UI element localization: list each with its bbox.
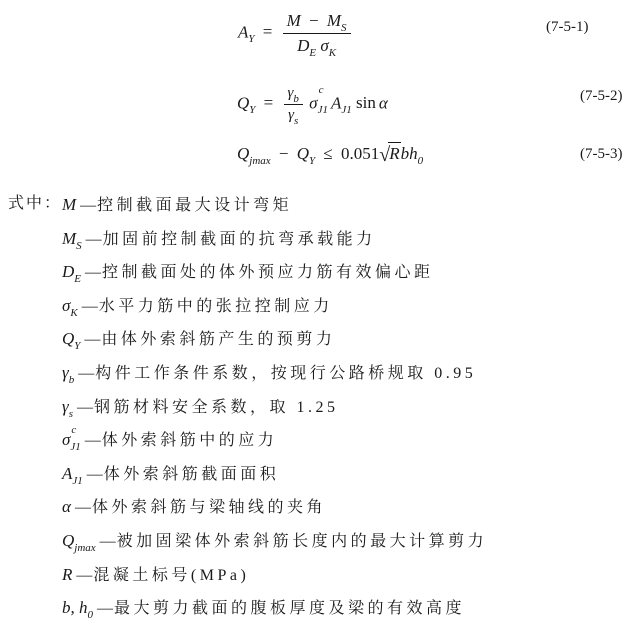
eq3-tail-subscript: 0 bbox=[418, 155, 424, 167]
eq3-coefficient: 0.051 bbox=[341, 144, 379, 163]
em-dash: — bbox=[74, 499, 92, 516]
equation-3-number: (7-5-3) bbox=[580, 146, 622, 163]
eq2-fraction: γb γs bbox=[284, 85, 303, 124]
definition-row-b-h0: b, h0—最大剪力截面的腹板厚度及梁的有效高度 bbox=[62, 591, 487, 625]
em-dash: — bbox=[77, 365, 95, 382]
symbol: σK bbox=[62, 296, 81, 315]
definition-text: 水平力筋中的张拉控制应力 bbox=[99, 298, 333, 315]
symbol: σcJ1 bbox=[62, 430, 84, 449]
eq2-sin-function: sin bbox=[356, 93, 379, 112]
equation-7-5-2: QY = γb γs σcJ1AJ1 sinα bbox=[237, 85, 388, 124]
definition-row-De: DE—控制截面处的体外预应力筋有效偏心距 bbox=[62, 255, 487, 289]
eq1-lhs-base: A bbox=[238, 22, 248, 41]
eq3-radicand: R bbox=[388, 142, 400, 163]
em-dash: — bbox=[85, 231, 103, 248]
definition-text: 体外索斜筋中的应力 bbox=[102, 432, 278, 449]
eq2-num-subscript: b bbox=[293, 93, 299, 105]
em-dash: — bbox=[99, 533, 117, 550]
eq1-equals-sign: = bbox=[259, 22, 277, 41]
eq1-minus-sign: − bbox=[305, 11, 323, 30]
em-dash: — bbox=[84, 264, 102, 281]
symbol-definitions-list: M—控制截面最大设计弯矩 MS—加固前控制截面的抗弯承载能力 DE—控制截面处的… bbox=[62, 188, 487, 625]
eq2-area: A bbox=[331, 93, 341, 112]
eq2-area-subscript: J1 bbox=[341, 104, 351, 116]
definition-row-Ms: MS—加固前控制截面的抗弯承载能力 bbox=[62, 222, 487, 256]
definition-text: 体外索斜筋截面面积 bbox=[104, 466, 280, 483]
eq1-den-term1-subscript: E bbox=[309, 47, 316, 59]
eq1-lhs-subscript: Y bbox=[248, 33, 254, 45]
definition-text: 最大剪力截面的腹板厚度及梁的有效高度 bbox=[114, 600, 465, 617]
definition-text: 控制截面处的体外预应力筋有效偏心距 bbox=[102, 264, 434, 281]
definition-row-Qjmax: Qjmax—被加固梁体外索斜筋长度内的最大计算剪力 bbox=[62, 524, 487, 558]
definition-text: 被加固梁体外索斜筋长度内的最大计算剪力 bbox=[117, 533, 488, 550]
eq1-fraction: M − MS DE σK bbox=[283, 11, 351, 56]
equation-2-number: (7-5-2) bbox=[580, 88, 622, 105]
symbol: M bbox=[62, 195, 79, 214]
symbol: γb bbox=[62, 363, 77, 382]
symbol: MS bbox=[62, 229, 85, 248]
eq1-denominator: DE σK bbox=[283, 34, 351, 56]
eq1-den-term2-subscript: K bbox=[329, 47, 336, 59]
equation-7-5-1: AY = M − MS DE σK bbox=[238, 11, 353, 56]
symbol: γs bbox=[62, 397, 76, 416]
eq3-minus-sign: − bbox=[275, 144, 293, 163]
eq2-sigma-subscript: J1 bbox=[318, 104, 328, 116]
symbol: DE bbox=[62, 262, 84, 281]
eq3-term2: Q bbox=[297, 144, 309, 163]
em-dash: — bbox=[83, 331, 101, 348]
definition-row-sigma-j1: σcJ1—体外索斜筋中的应力 bbox=[62, 423, 487, 457]
em-dash: — bbox=[86, 466, 104, 483]
symbol: b, h0 bbox=[62, 598, 96, 617]
definition-row-gamma-s: γs—钢筋材料安全系数，取 1.25 bbox=[62, 390, 487, 424]
eq2-denominator: γs bbox=[284, 105, 303, 124]
em-dash: — bbox=[79, 197, 97, 214]
definition-row-alpha: α—体外索斜筋与梁轴线的夹角 bbox=[62, 490, 487, 524]
definition-row-R: R—混凝土标号(MPa) bbox=[62, 558, 487, 592]
eq1-num-term2-subscript: S bbox=[341, 22, 347, 34]
eq1-den-term2: σ bbox=[320, 36, 328, 55]
document-page: AY = M − MS DE σK (7-5-1) QY = γb γs σcJ… bbox=[0, 0, 635, 625]
eq3-term1: Q bbox=[237, 144, 249, 163]
em-dash: — bbox=[75, 567, 93, 584]
eq1-num-term2: M bbox=[327, 11, 341, 30]
eq3-term1-subscript: jmax bbox=[249, 155, 270, 167]
eq2-equals-sign: = bbox=[260, 93, 278, 112]
definition-text: 控制截面最大设计弯矩 bbox=[97, 197, 292, 214]
where-label: 式中： bbox=[8, 190, 62, 213]
eq2-sigma: σ bbox=[309, 93, 317, 112]
definition-row-gamma-b: γb—构件工作条件系数，按现行公路桥规取 0.95 bbox=[62, 356, 487, 390]
eq2-sigma-superscript: c bbox=[319, 84, 324, 96]
eq2-sigma-scripts: cJ1 bbox=[318, 93, 328, 113]
equation-1-number: (7-5-1) bbox=[546, 19, 588, 36]
definition-row-Qy: QY—由体外索斜筋产生的预剪力 bbox=[62, 322, 487, 356]
definition-text: 加固前控制截面的抗弯承载能力 bbox=[103, 231, 376, 248]
eq2-alpha: α bbox=[379, 93, 388, 112]
em-dash: — bbox=[84, 432, 102, 449]
eq2-lhs-subscript: Y bbox=[249, 104, 255, 116]
eq2-lhs-base: Q bbox=[237, 93, 249, 112]
eq3-leq-sign: ≤ bbox=[319, 144, 336, 163]
em-dash: — bbox=[76, 399, 94, 416]
definition-row-sigma-k: σK—水平力筋中的张拉控制应力 bbox=[62, 289, 487, 323]
equation-7-5-3: Qjmax − QY ≤ 0.051√Rbh0 bbox=[237, 144, 423, 167]
em-dash: — bbox=[81, 298, 99, 315]
definition-text: 由体外索斜筋产生的预剪力 bbox=[101, 331, 335, 348]
definition-row-M: M—控制截面最大设计弯矩 bbox=[62, 188, 487, 222]
symbol: R bbox=[62, 565, 75, 584]
em-dash: — bbox=[96, 600, 114, 617]
symbol: AJ1 bbox=[62, 464, 86, 483]
eq3-term2-subscript: Y bbox=[309, 155, 315, 167]
definition-row-Aj1: AJ1—体外索斜筋截面面积 bbox=[62, 457, 487, 491]
symbol: α bbox=[62, 497, 74, 516]
eq1-numerator: M − MS bbox=[283, 11, 351, 34]
eq2-numerator: γb bbox=[284, 85, 303, 105]
symbol: QY bbox=[62, 329, 83, 348]
eq1-num-term1: M bbox=[287, 11, 301, 30]
eq1-den-term1: D bbox=[297, 36, 309, 55]
eq3-tail: bh bbox=[401, 144, 418, 163]
definition-text: 混凝土标号(MPa) bbox=[93, 567, 249, 584]
symbol: Qjmax bbox=[62, 531, 99, 550]
eq2-den-subscript: s bbox=[294, 115, 298, 127]
definition-text: 构件工作条件系数，按现行公路桥规取 0.95 bbox=[95, 365, 476, 382]
definition-text: 体外索斜筋与梁轴线的夹角 bbox=[92, 499, 326, 516]
definition-text: 钢筋材料安全系数，取 1.25 bbox=[94, 399, 339, 416]
